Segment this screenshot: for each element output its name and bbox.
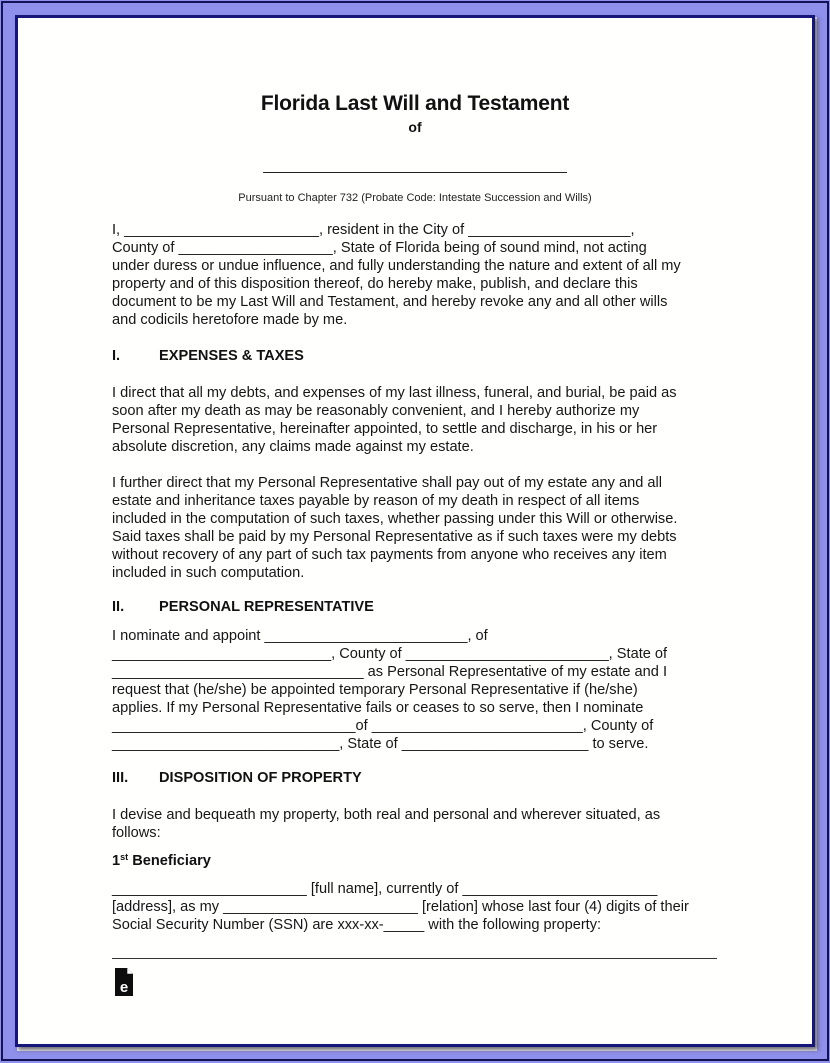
beneficiary-paragraph: ________________________ [full name], cu…	[112, 880, 724, 934]
intro-line: under duress or undue influence, and ful…	[112, 257, 724, 275]
paragraph-line: I nominate and appoint _________________…	[112, 627, 724, 645]
paragraph-line: Social Security Number (SSN) are xxx-xx-…	[112, 916, 724, 934]
section-heading-disposition-of-property: III.DISPOSITION OF PROPERTY	[112, 770, 362, 786]
paragraph-line: ______________________________of _______…	[112, 717, 724, 735]
section-number: I.	[112, 348, 159, 364]
section-heading-expenses-taxes: I.EXPENSES & TAXES	[112, 348, 304, 364]
paragraph-line: follows:	[112, 824, 724, 842]
section-number: III.	[112, 770, 159, 786]
svg-text:e: e	[120, 979, 128, 996]
beneficiary-number: 1	[112, 853, 120, 869]
paragraph-line: Personal Representative, hereinafter app…	[112, 420, 724, 438]
intro-line: I, ________________________, resident in…	[112, 221, 724, 239]
paragraph-line: included in such computation.	[112, 564, 724, 582]
paragraph-line: included in the computation of such taxe…	[112, 510, 724, 528]
property-description-line[interactable]	[112, 958, 717, 959]
document-title: Florida Last Will and Testament	[18, 92, 812, 116]
disposition-paragraph: I devise and bequeath my property, both …	[112, 806, 724, 842]
section-title: EXPENSES & TAXES	[159, 348, 304, 364]
paragraph-line: I direct that all my debts, and expenses…	[112, 384, 724, 402]
document-subtitle: Pursuant to Chapter 732 (Probate Code: I…	[18, 192, 812, 204]
paragraph-line: I further direct that my Personal Repres…	[112, 474, 724, 492]
eforms-logo-icon: e	[115, 968, 133, 996]
title-of: of	[18, 119, 812, 135]
paragraph-line: [address], as my _______________________…	[112, 898, 724, 916]
intro-paragraph: I, ________________________, resident in…	[112, 221, 724, 329]
personal-representative-paragraph: I nominate and appoint _________________…	[112, 627, 724, 753]
section-heading-personal-representative: II.PERSONAL REPRESENTATIVE	[112, 599, 374, 615]
paragraph-line: _______________________________ as Perso…	[112, 663, 724, 681]
beneficiary-ordinal-suffix: st	[120, 852, 128, 862]
testator-name-line[interactable]	[263, 172, 567, 173]
beneficiary-heading: 1st Beneficiary	[112, 852, 211, 869]
paragraph-line: I devise and bequeath my property, both …	[112, 806, 724, 824]
intro-line: property and of this disposition thereof…	[112, 275, 724, 293]
paragraph-line: request that (he/she) be appointed tempo…	[112, 681, 724, 699]
paragraph-line: applies. If my Personal Representative f…	[112, 699, 724, 717]
document-content: Florida Last Will and Testament of Pursu…	[18, 18, 812, 1044]
document-page: Florida Last Will and Testament of Pursu…	[15, 15, 815, 1047]
intro-line: and codicils heretofore made by me.	[112, 311, 724, 329]
section-title: PERSONAL REPRESENTATIVE	[159, 599, 374, 615]
taxes-paragraph: I further direct that my Personal Repres…	[112, 474, 724, 582]
beneficiary-label: Beneficiary	[132, 853, 211, 869]
paragraph-line: soon after my death as may be reasonably…	[112, 402, 724, 420]
section-number: II.	[112, 599, 159, 615]
paragraph-line: absolute discretion, any claims made aga…	[112, 438, 724, 456]
expenses-paragraph: I direct that all my debts, and expenses…	[112, 384, 724, 456]
paragraph-line: estate and inheritance taxes payable by …	[112, 492, 724, 510]
paragraph-line: Said taxes shall be paid by my Personal …	[112, 528, 724, 546]
section-title: DISPOSITION OF PROPERTY	[159, 770, 362, 786]
intro-line: document to be my Last Will and Testamen…	[112, 293, 724, 311]
paragraph-line: ____________________________, State of _…	[112, 735, 724, 753]
paragraph-line: ________________________ [full name], cu…	[112, 880, 724, 898]
paragraph-line: without recovery of any part of such tax…	[112, 546, 724, 564]
intro-line: County of ___________________, State of …	[112, 239, 724, 257]
paragraph-line: ___________________________, County of _…	[112, 645, 724, 663]
